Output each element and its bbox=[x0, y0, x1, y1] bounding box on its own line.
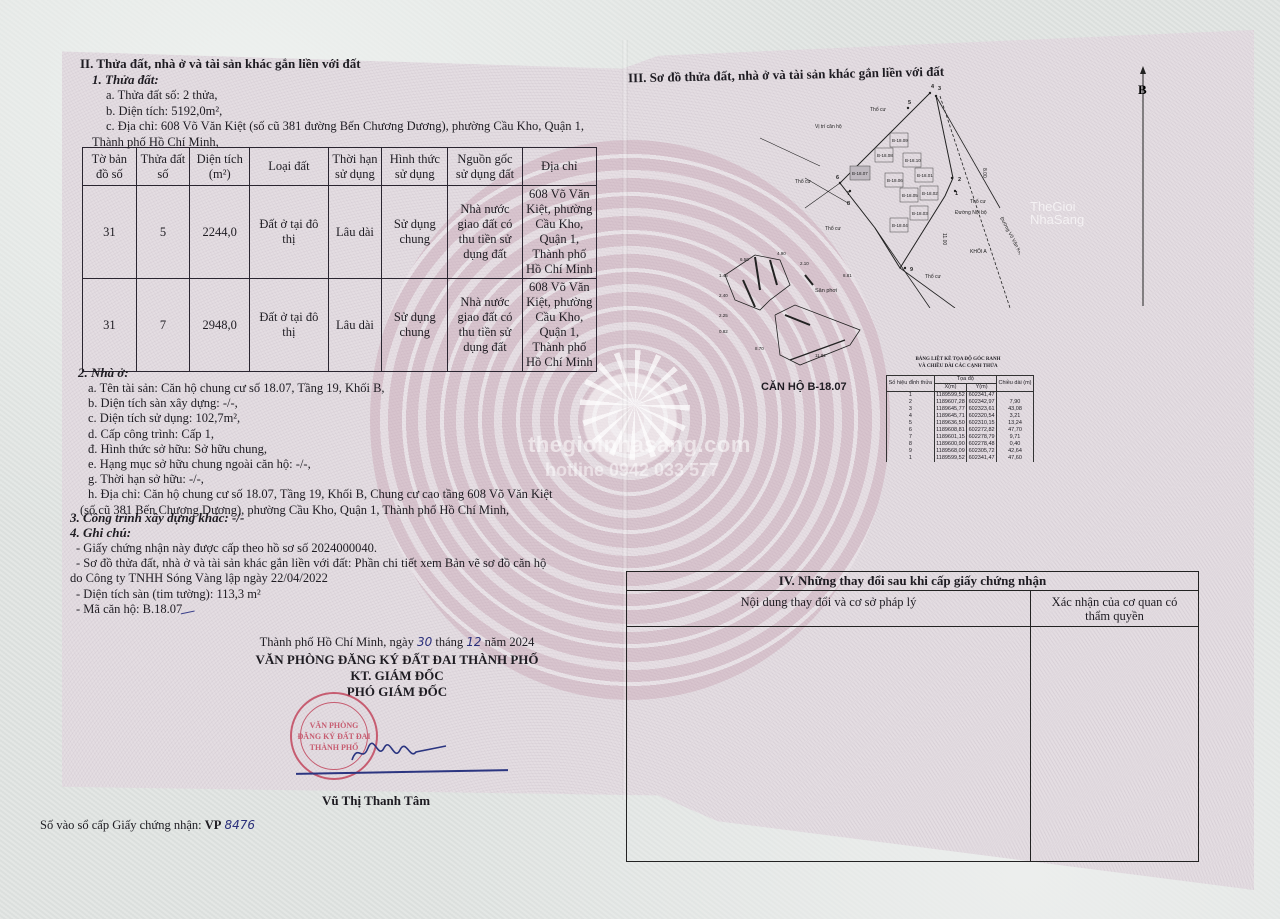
apt-position-label: Vị trí căn hộ bbox=[815, 124, 842, 130]
cell-parcel-no: 7 bbox=[136, 279, 190, 372]
land-parcel-table: Tờ bản đồ số Thửa đất số Diện tích (m²) … bbox=[82, 147, 597, 372]
cell-length bbox=[996, 392, 1033, 400]
cell-length: 43,08 bbox=[996, 406, 1033, 413]
table-row: 41189645,71602320,543,21 bbox=[887, 413, 1034, 420]
registry-number: Số vào sổ cấp Giấy chứng nhận: VP 8476 bbox=[40, 817, 255, 833]
col-change-content: Nội dung thay đổi và cơ sở pháp lý bbox=[627, 591, 1031, 627]
cell-length: 13,24 bbox=[996, 420, 1033, 427]
coord-caption-2: VÀ CHIỀU DÀI CÁC CẠNH THỬA bbox=[893, 363, 1023, 370]
cell-vertex: 2 bbox=[887, 399, 935, 406]
cell-origin: Nhà nước giao đất có thu tiền sử dụng đấ… bbox=[448, 279, 522, 372]
cell-vertex: 6 bbox=[887, 427, 935, 434]
signatory-role: PHÓ GIÁM ĐỐC bbox=[232, 684, 562, 700]
coord-table-caption: BẢNG LIỆT KÊ TỌA ĐỘ GÓC RANH VÀ CHIỀU DÀ… bbox=[893, 356, 1023, 370]
brand-logo-watermark: TheGioi NhaSang bbox=[1030, 200, 1084, 226]
table-row: 31189645,77602323,6143,08 bbox=[887, 406, 1034, 413]
coordinate-table: Số hiệu đỉnh thửa Tọa độ Chiều dài (m) X… bbox=[886, 375, 1034, 462]
hotline-watermark: hotline 0942 033 577 bbox=[545, 460, 719, 481]
date-day: 30 bbox=[417, 635, 432, 649]
signer-name: Vũ Thị Thanh Tâm bbox=[322, 793, 430, 809]
cell-x: 1189608,81 bbox=[934, 427, 967, 434]
cell-vertex: 1 bbox=[887, 392, 935, 400]
issue-date: Thành phố Hồ Chí Minh, ngày 30 tháng 12 … bbox=[232, 635, 562, 650]
vertex-label: 9 bbox=[910, 267, 913, 273]
col-parcel-no: Thửa đất số bbox=[136, 148, 190, 186]
unit-label: B-18.02 bbox=[922, 191, 938, 196]
cell-land-type: Đất ở tại đô thị bbox=[250, 186, 328, 279]
registry-label: Số vào sổ cấp Giấy chứng nhận: bbox=[40, 818, 205, 832]
north-arrow-icon: B bbox=[1137, 66, 1157, 316]
date-month: 12 bbox=[466, 635, 481, 649]
table-row: 91189568,09602305,7242,64 bbox=[887, 448, 1034, 455]
col-y: Y(m) bbox=[967, 384, 997, 392]
neighbor-label: Thổ cư bbox=[870, 106, 887, 113]
col-authority-confirmation: Xác nhận của cơ quan có thẩm quyền bbox=[1031, 591, 1199, 627]
col-term: Thời hạn sử dụng bbox=[328, 148, 382, 186]
house-item-name: a. Tên tài sản: Căn hộ chung cư số 18.07… bbox=[88, 381, 553, 396]
cell-y: 602305,72 bbox=[967, 448, 997, 455]
cell-x: 1189645,77 bbox=[934, 406, 967, 413]
house-item-build-area: b. Diện tích sàn xây dựng: -/-, bbox=[88, 396, 553, 411]
cell-term: Lâu dài bbox=[328, 279, 382, 372]
neighbor-label: Thổ cư bbox=[925, 273, 942, 280]
house-subtitle: 2. Nhà ở: bbox=[78, 365, 129, 381]
change-content-cell bbox=[627, 627, 1031, 862]
cell-origin: Nhà nước giao đất có thu tiền sử dụng đấ… bbox=[448, 186, 522, 279]
other-works: 3. Công trình xây dựng khác: -/- bbox=[70, 510, 244, 526]
neighbor-label: Thổ cư bbox=[825, 225, 842, 232]
dim-label: 6.50 bbox=[740, 257, 749, 262]
cell-length: 47,70 bbox=[996, 427, 1033, 434]
changes-table: IV. Những thay đổi sau khi cấp giấy chứn… bbox=[626, 571, 1199, 862]
date-month-label: tháng bbox=[432, 635, 466, 649]
cell-use-form: Sử dụng chung bbox=[382, 186, 448, 279]
hand-mark-icon bbox=[180, 603, 195, 614]
cell-y: 602323,61 bbox=[967, 406, 997, 413]
table-row: 61189608,81602272,8247,70 bbox=[887, 427, 1034, 434]
land-item-area: b. Diện tích: 5192,0m², bbox=[106, 104, 584, 120]
cell-map-sheet: 31 bbox=[83, 186, 137, 279]
dim-label: 0.82 bbox=[719, 329, 728, 334]
col-coords: Tọa độ bbox=[934, 376, 996, 384]
cell-y: 602278,79 bbox=[967, 434, 997, 441]
cell-y: 602342,97 bbox=[967, 399, 997, 406]
dim-label: 2.10 bbox=[800, 261, 809, 266]
note-diagram: - Sơ đồ thửa đất, nhà ở và tài sản khác … bbox=[76, 556, 546, 571]
col-x: X(m) bbox=[934, 384, 967, 392]
unit-label: B-18.05 bbox=[902, 193, 918, 198]
cell-length: 47,60 bbox=[996, 455, 1033, 462]
cell-x: 1189601,15 bbox=[934, 434, 967, 441]
road-width-8: 8.00 bbox=[981, 168, 987, 178]
unit-label: B-18.10 bbox=[905, 158, 921, 163]
cell-vertex: 1 bbox=[887, 455, 935, 462]
date-prefix: Thành phố Hồ Chí Minh, ngày bbox=[260, 635, 417, 649]
unit-label: B-18.01 bbox=[917, 173, 933, 178]
cell-length: 7,90 bbox=[996, 399, 1033, 406]
table-row: 81189600,90602278,480,40 bbox=[887, 441, 1034, 448]
unit-label: B-18.08 bbox=[877, 153, 893, 158]
cell-x: 1189599,52 bbox=[934, 392, 967, 400]
unit-label: B-18.03 bbox=[912, 211, 928, 216]
unit-blocks: B-18.09 B-18.08 B-18.10 B-18.07 B-18.06 … bbox=[850, 133, 938, 232]
apartment-caption: CĂN HỘ B-18.07 bbox=[761, 381, 847, 393]
table-row: 11189599,52602341,47 bbox=[887, 392, 1034, 400]
neighbor-label: Thổ cư bbox=[970, 198, 987, 205]
logo-line-2: NhaSang bbox=[1030, 213, 1084, 226]
land-item-count: a. Thửa đất số: 2 thửa, bbox=[106, 88, 584, 104]
land-table-header: Tờ bản đồ số Thửa đất số Diện tích (m²) … bbox=[83, 148, 597, 186]
house-item-grade: d. Cấp công trình: Cấp 1, bbox=[88, 427, 553, 442]
cell-vertex: 7 bbox=[887, 434, 935, 441]
north-arrow: B bbox=[1137, 66, 1157, 321]
cell-vertex: 8 bbox=[887, 441, 935, 448]
house-item-address: h. Địa chỉ: Căn hộ chung cư số 18.07, Tầ… bbox=[88, 487, 553, 502]
notes-list: - Giấy chứng nhận này được cấp theo hồ s… bbox=[76, 541, 546, 617]
cell-y: 602320,54 bbox=[967, 413, 997, 420]
vertex-label: 3 bbox=[938, 86, 941, 92]
registry-handwritten-no: 8476 bbox=[225, 818, 256, 832]
cell-use-form: Sử dụng chung bbox=[382, 279, 448, 372]
cell-y: 602272,82 bbox=[967, 427, 997, 434]
col-area: Diện tích (m²) bbox=[190, 148, 250, 186]
cell-map-sheet: 31 bbox=[83, 279, 137, 372]
signatory-kt: KT. GIÁM ĐỐC bbox=[232, 668, 562, 684]
registry-prefix: VP bbox=[205, 818, 222, 832]
road-width-11: 11.00 bbox=[941, 233, 947, 245]
house-item-term: g. Thời hạn sở hữu: -/-, bbox=[88, 472, 553, 487]
cell-land-type: Đất ở tại đô thị bbox=[250, 279, 328, 372]
cell-area: 2244,0 bbox=[190, 186, 250, 279]
col-origin: Nguồn gốc sử dụng đất bbox=[448, 148, 522, 186]
col-map-sheet: Tờ bản đồ số bbox=[83, 148, 137, 186]
house-item-use-area: c. Diện tích sử dụng: 102,7m², bbox=[88, 411, 553, 426]
vertex-label: 2 bbox=[958, 177, 961, 183]
house-details: a. Tên tài sản: Căn hộ chung cư số 18.07… bbox=[88, 381, 553, 518]
cell-vertex: 9 bbox=[887, 448, 935, 455]
note-floor-area: - Diện tích sàn (tim tường): 113,3 m² bbox=[76, 587, 546, 602]
cell-length: 0,40 bbox=[996, 441, 1033, 448]
cell-term: Lâu dài bbox=[328, 186, 382, 279]
street-label: Đường Võ Văn Kiệt bbox=[998, 216, 1020, 258]
section-2-title: II. Thửa đất, nhà ở và tài sản khác gắn … bbox=[80, 56, 361, 72]
table-row: 31 7 2948,0 Đất ở tại đô thị Lâu dài Sử … bbox=[83, 279, 597, 372]
unit-label: B-18.04 bbox=[892, 223, 908, 228]
house-item-ownership: đ. Hình thức sở hữu: Sở hữu chung, bbox=[88, 442, 553, 457]
cell-vertex: 4 bbox=[887, 413, 935, 420]
cell-length: 42,64 bbox=[996, 448, 1033, 455]
cell-x: 1189568,09 bbox=[934, 448, 967, 455]
land-item-address: c. Địa chỉ: 608 Võ Văn Kiệt (số cũ 381 đ… bbox=[106, 119, 584, 135]
apartment-floorplan: 6.50 4.90 2.10 8.81 1.45 2.40 2.25 0.82 … bbox=[715, 245, 885, 380]
dim-label: 4.90 bbox=[777, 251, 786, 256]
unit-label: B-18.09 bbox=[892, 138, 908, 143]
note-apt-code: - Mã căn hộ: B.18.07 bbox=[76, 602, 182, 616]
internal-road-label: Đường Nội bộ bbox=[955, 210, 987, 216]
cell-vertex: 3 bbox=[887, 406, 935, 413]
col-use-form: Hình thức sử dụng bbox=[382, 148, 448, 186]
dim-label: 8.81 bbox=[843, 273, 852, 278]
table-row: 11189599,52602341,4747,60 bbox=[887, 455, 1034, 462]
notes-subtitle: 4. Ghi chú: bbox=[70, 525, 131, 541]
cell-vertex: 5 bbox=[887, 420, 935, 427]
vertex-label: 4 bbox=[931, 84, 935, 90]
signature-block: Thành phố Hồ Chí Minh, ngày 30 tháng 12 … bbox=[232, 635, 562, 700]
dim-label: 8.70 bbox=[755, 346, 764, 351]
vertex-label: 5 bbox=[908, 100, 911, 106]
col-length: Chiều dài (m) bbox=[996, 376, 1033, 392]
issuing-office: VĂN PHÒNG ĐĂNG KÝ ĐẤT ĐAI THÀNH PHỐ bbox=[232, 652, 562, 668]
section-4-title: IV. Những thay đổi sau khi cấp giấy chứn… bbox=[627, 572, 1199, 591]
north-label: B bbox=[1138, 82, 1147, 97]
dim-label: 2.25 bbox=[719, 313, 728, 318]
dim-label: 11.82 bbox=[815, 353, 826, 358]
cell-x: 1189599,52 bbox=[934, 455, 967, 462]
dim-label: 2.40 bbox=[719, 293, 728, 298]
cell-length: 3,21 bbox=[996, 413, 1033, 420]
land-details: a. Thửa đất số: 2 thửa, b. Diện tích: 51… bbox=[106, 88, 584, 150]
note-apt-code-row: - Mã căn hộ: B.18.07 bbox=[76, 602, 546, 617]
dim-label: 1.45 bbox=[719, 273, 728, 278]
house-item-common: e. Hạng mục sở hữu chung ngoài căn hộ: -… bbox=[88, 457, 553, 472]
table-row: 21189607,28602342,977,90 bbox=[887, 399, 1034, 406]
date-year: năm 2024 bbox=[482, 635, 535, 649]
table-row: 71189601,15602278,799,71 bbox=[887, 434, 1034, 441]
land-subtitle: 1. Thửa đất: bbox=[92, 72, 159, 88]
cell-x: 1189645,71 bbox=[934, 413, 967, 420]
cell-parcel-no: 5 bbox=[136, 186, 190, 279]
site-watermark: thegioinhasang.com bbox=[528, 432, 751, 458]
cell-x: 1189607,28 bbox=[934, 399, 967, 406]
vertex-label: 6 bbox=[836, 175, 839, 181]
neighbor-label: Thổ cư bbox=[795, 178, 812, 185]
seal-line-1: VĂN PHÒNG bbox=[310, 720, 359, 731]
table-row: 31 5 2244,0 Đất ở tại đô thị Lâu dài Sử … bbox=[83, 186, 597, 279]
balcony-label: Sân phơi bbox=[815, 288, 837, 294]
coord-caption-1: BẢNG LIỆT KÊ TỌA ĐỘ GÓC RANH bbox=[893, 356, 1023, 363]
cell-x: 1189636,50 bbox=[934, 420, 967, 427]
cell-y: 602341,47 bbox=[967, 392, 997, 400]
table-row: 51189636,50602310,1513,24 bbox=[887, 420, 1034, 427]
block-a-label: KHỐI A bbox=[970, 248, 987, 255]
note-diagram-cont: do Công ty TNHH Sóng Vàng lập ngày 22/04… bbox=[70, 571, 546, 586]
col-address: Địa chỉ bbox=[522, 148, 596, 186]
cell-address: 608 Võ Văn Kiệt, phường Cầu Kho, Quận 1,… bbox=[522, 279, 596, 372]
unit-label: B-18.06 bbox=[887, 178, 903, 183]
col-land-type: Loại đất bbox=[250, 148, 328, 186]
cell-x: 1189600,90 bbox=[934, 441, 967, 448]
cell-y: 602341,47 bbox=[967, 455, 997, 462]
cell-address: 608 Võ Văn Kiệt, phường Cầu Kho, Quận 1,… bbox=[522, 186, 596, 279]
cell-length: 9,71 bbox=[996, 434, 1033, 441]
note-file-no: - Giấy chứng nhận này được cấp theo hồ s… bbox=[76, 541, 546, 556]
cell-y: 602278,48 bbox=[967, 441, 997, 448]
vertex-label: 8 bbox=[847, 201, 850, 207]
cell-area: 2948,0 bbox=[190, 279, 250, 372]
signature-scribble-icon bbox=[350, 738, 450, 768]
cell-y: 602310,15 bbox=[967, 420, 997, 427]
authority-confirmation-cell bbox=[1031, 627, 1199, 862]
unit-label: B-18.07 bbox=[852, 171, 868, 176]
coordinate-rows: 11189599,52602341,4721189607,28602342,97… bbox=[887, 392, 1034, 463]
col-vertex: Số hiệu đỉnh thửa bbox=[887, 376, 935, 392]
